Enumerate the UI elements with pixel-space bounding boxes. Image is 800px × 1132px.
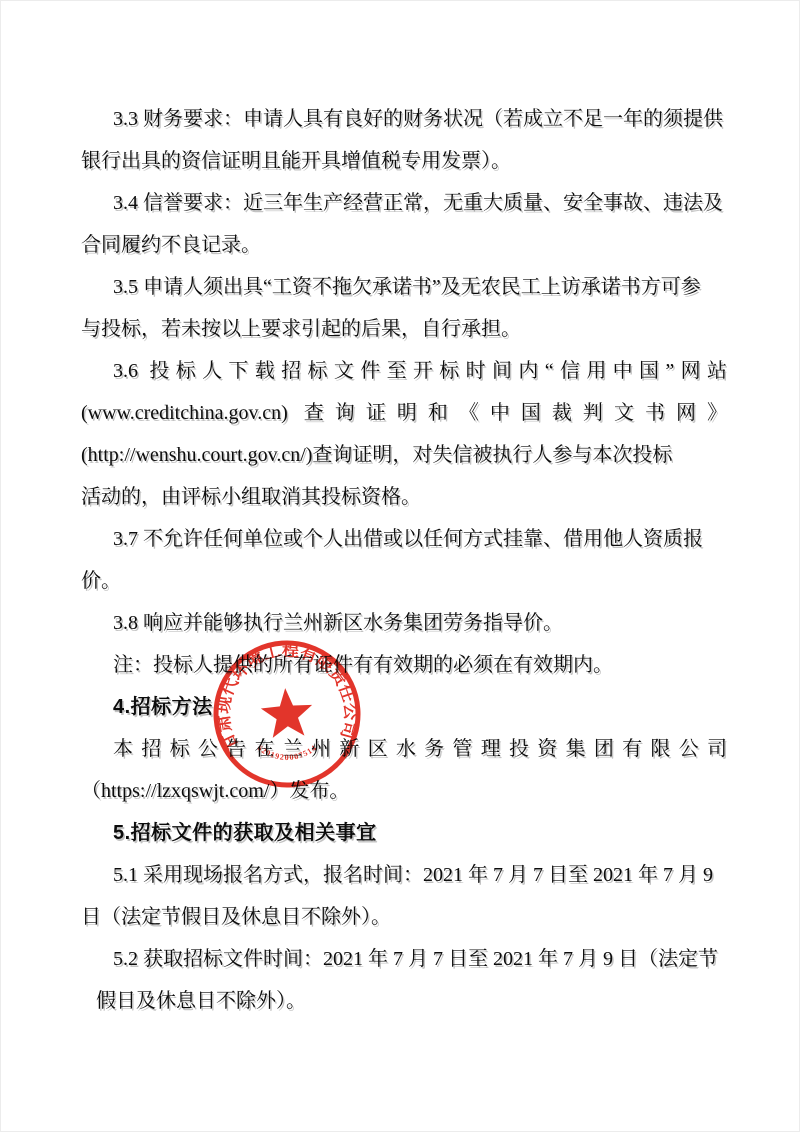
text-line: 与投标，若未按以上要求引起的后果，自行承担。 <box>81 308 727 350</box>
text-line: 5.2 获取招标文件时间：2021 年 7 月 7 日至 2021 年 7 月 … <box>81 938 727 980</box>
text-line: 合同履约不良记录。 <box>81 224 727 266</box>
section-heading: 4.招标方法 <box>81 686 727 728</box>
text-line: (www.creditchina.gov.cn) 查询证明和《中国裁判文书网》 <box>81 392 727 434</box>
text-line: 3.3 财务要求：申请人具有良好的财务状况（若成立不足一年的须提供 <box>81 98 727 140</box>
text-line: 3.4 信誉要求：近三年生产经营正常，无重大质量、安全事故、违法及 <box>81 182 727 224</box>
text-line: 3.5 申请人须出具“工资不拖欠承诺书”及无农民工上访承诺书方可参 <box>81 266 727 308</box>
text-line: 价。 <box>81 560 727 602</box>
document-page: 3.3 财务要求：申请人具有良好的财务状况（若成立不足一年的须提供银行出具的资信… <box>0 0 800 1132</box>
text-line: 3.6 投标人下载招标文件至开标时间内“信用中国”网站 <box>81 350 727 392</box>
text-line: （https://lzxqswjt.com/）发布。 <box>81 770 727 812</box>
text-line: 活动的，由评标小组取消其投标资格。 <box>81 476 727 518</box>
text-line: 日（法定节假日及休息日不除外）。 <box>81 896 727 938</box>
text-line: 假日及休息日不除外）。 <box>81 980 727 1022</box>
text-line: 5.1 采用现场报名方式，报名时间：2021 年 7 月 7 日至 2021 年… <box>81 854 727 896</box>
text-line: 银行出具的资信证明且能开具增值税专用发票）。 <box>81 140 727 182</box>
text-line: 3.7 不允许任何单位或个人出借或以任何方式挂靠、借用他人资质报 <box>81 518 727 560</box>
text-line: 注：投标人提供的所有证件有有效期的必须在有效期内。 <box>81 644 727 686</box>
text-line: 3.8 响应并能够执行兰州新区水务集团劳务指导价。 <box>81 602 727 644</box>
section-heading: 5.招标文件的获取及相关事宜 <box>81 812 727 854</box>
text-line: (http://wenshu.court.gov.cn/)查询证明，对失信被执行… <box>81 434 727 476</box>
document-body: 3.3 财务要求：申请人具有良好的财务状况（若成立不足一年的须提供银行出具的资信… <box>81 98 727 1022</box>
text-line: 本招标公告在兰州新区水务管理投资集团有限公司 <box>81 728 727 770</box>
